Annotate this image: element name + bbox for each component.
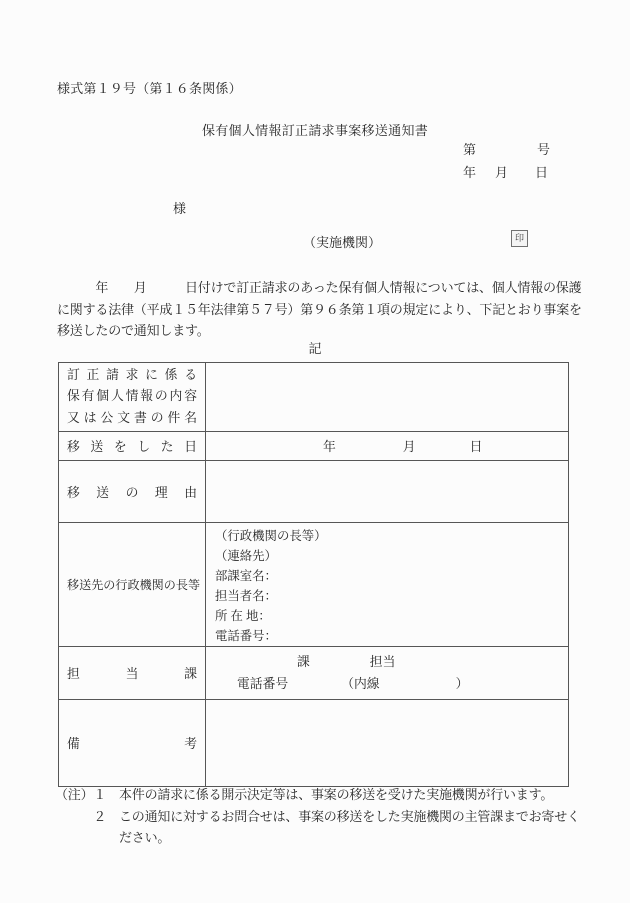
table-row-section-in-charge: 担当課 課担当 電話番号（内線）	[59, 646, 569, 699]
destination-address-field: 所 在 地：	[215, 606, 568, 626]
document-number-line: 第号	[463, 139, 550, 158]
doc-number-suffix: 号	[537, 142, 550, 157]
date-year-label: 年	[463, 165, 476, 180]
value-section-in-charge: 課担当 電話番号（内線）	[206, 646, 569, 699]
date-month-label: 月	[495, 165, 508, 180]
transfer-date-month-label: 月	[403, 440, 416, 454]
destination-agency-head-label: （行政機関の長等）	[215, 526, 568, 546]
phone-number-label: 電話番号	[237, 677, 288, 691]
destination-person-field: 担当者名：	[215, 586, 568, 606]
value-transfer-destination: （行政機関の長等） （連絡先） 部課室名： 担当者名： 所 在 地： 電話番号：	[206, 522, 569, 646]
destination-department-field: 部課室名：	[215, 566, 568, 586]
footnote-1: （注）１ 本件の請求に係る開示決定等は、事案の移送を受けた実施機関が行います。	[55, 784, 580, 806]
doc-number-prefix: 第	[463, 142, 476, 157]
ki-heading: 記	[0, 338, 630, 357]
value-transfer-date: 年月日	[206, 431, 569, 460]
document-page: 様式第１９号（第１６条関係） 保有個人情報訂正請求事案移送通知書 第号 年月日 …	[0, 0, 630, 903]
seal-mark: 印	[511, 230, 528, 247]
value-remarks	[206, 699, 569, 786]
label-subject-line2: 保有個人情報の内容	[67, 386, 197, 407]
body-paragraph: 年 月 日付けで訂正請求のあった保有個人情報については、個人情報の保護に関する法…	[57, 277, 582, 342]
label-subject: 訂正請求に係る 保有個人情報の内容 又は公文書の件名	[59, 363, 206, 432]
label-section-in-charge: 担当課	[59, 646, 206, 699]
transfer-date-year-label: 年	[323, 440, 336, 454]
footnote-2: ２ この通知に対するお問合せは、事案の移送をした実施機関の主管課までお寄せく	[55, 806, 580, 828]
issue-date-line: 年月日	[463, 162, 548, 181]
section-line: 課担当	[206, 651, 568, 673]
form-number: 様式第１９号（第１６条関係）	[57, 78, 242, 97]
table-row-transfer-date: 移送をした日 年月日	[59, 431, 569, 460]
label-transfer-destination: 移送先の行政機関の長等	[59, 522, 206, 646]
body-line-2: に関する法律（平成１５年法律第５７号）第９６条第１項の規定により、下記とおり事案…	[57, 299, 582, 321]
footnote-2-continued: ださい。	[55, 827, 580, 849]
footnotes: （注）１ 本件の請求に係る開示決定等は、事案の移送を受けた実施機関が行います。 …	[55, 784, 580, 849]
document-title: 保有個人情報訂正請求事案移送通知書	[0, 120, 630, 139]
section-tanto-label: 担当	[370, 655, 396, 669]
section-ka-label: 課	[297, 655, 310, 669]
transfer-date-day-label: 日	[470, 440, 483, 454]
label-subject-line1: 訂正請求に係る	[67, 365, 197, 386]
value-transfer-reason	[206, 460, 569, 522]
addressee-honorific: 様	[173, 198, 186, 217]
date-day-label: 日	[535, 165, 548, 180]
form-table: 訂正請求に係る 保有個人情報の内容 又は公文書の件名 移送をした日 年月日 移送…	[58, 362, 569, 787]
table-row-subject: 訂正請求に係る 保有個人情報の内容 又は公文書の件名	[59, 363, 569, 432]
table-row-transfer-reason: 移送の理由	[59, 460, 569, 522]
label-transfer-date: 移送をした日	[59, 431, 206, 460]
issuer-label: （実施機関）	[303, 232, 381, 251]
label-transfer-reason: 移送の理由	[59, 460, 206, 522]
value-subject	[206, 363, 569, 432]
table-row-transfer-destination: 移送先の行政機関の長等 （行政機関の長等） （連絡先） 部課室名： 担当者名： …	[59, 522, 569, 646]
extension-close-label: ）	[456, 677, 469, 691]
label-subject-line3: 又は公文書の件名	[67, 408, 197, 429]
label-remarks: 備考	[59, 699, 206, 786]
phone-line: 電話番号（内線）	[206, 673, 568, 695]
destination-phone-field: 電話番号：	[215, 626, 568, 646]
extension-open-label: （内線	[341, 677, 379, 691]
body-line-1: 年 月 日付けで訂正請求のあった保有個人情報については、個人情報の保護	[57, 277, 582, 299]
table-row-remarks: 備考	[59, 699, 569, 786]
destination-contact-label: （連絡先）	[215, 546, 568, 566]
